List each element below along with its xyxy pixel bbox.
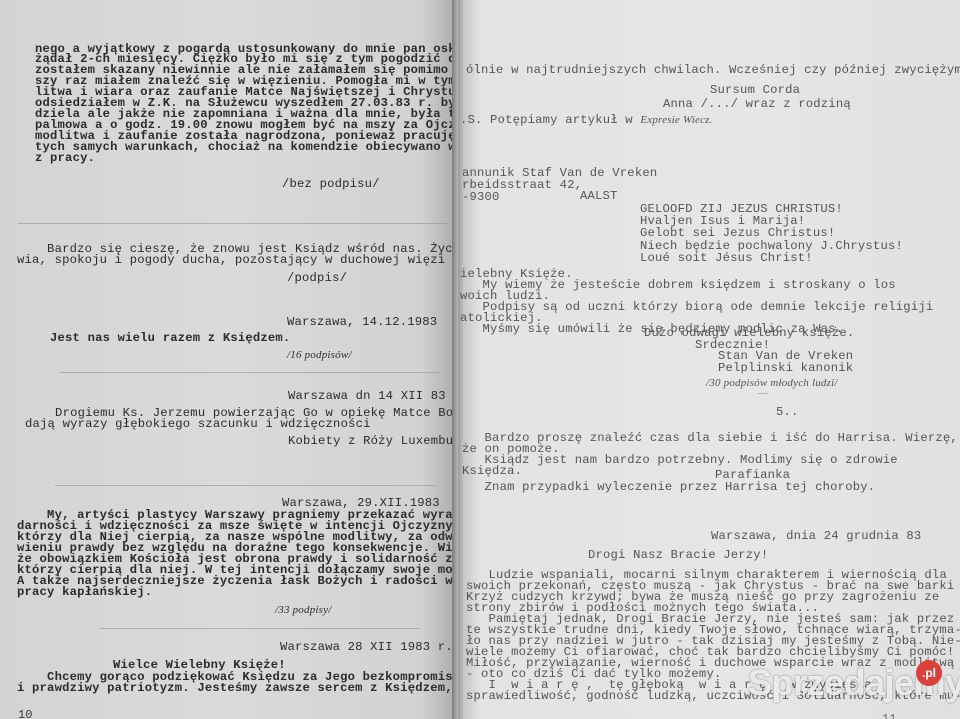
letter-8-line: Ksiądz jest nam bardzo potrzebny. Modlim… (462, 454, 898, 467)
letter-6-cont-line: ólnie w najtrudniejszych chwilach. Wcześ… (466, 64, 960, 77)
letter-1-signature: /bez podpisu/ (282, 178, 380, 191)
address-line: -9300 (462, 191, 500, 204)
letter-6-cont-signature: Anna /.../ wraz z rodziną (663, 98, 851, 111)
letter-8-line: Księdza. (462, 465, 522, 478)
divider (100, 628, 420, 629)
letter-6-line: i prawdziwy patriotyzm. Jesteśmy zawsze … (17, 682, 458, 695)
letter-9-salutation: Drogi Nasz Bracie Jerzy! (588, 549, 768, 562)
letter-1-line: z pracy. (35, 152, 95, 165)
letter-1-line: tych samych warunkach, chociaż na komend… (35, 141, 458, 154)
letter-7-closing: Pelplinski kanonik (718, 362, 853, 375)
left-page: nego a wyjątkowy z pogardą ustosunkowany… (0, 0, 458, 719)
letter-7-signature: /30 podpisów młodych ludzi/ (706, 377, 838, 390)
divider (55, 485, 435, 486)
address-city: AALST (580, 190, 618, 203)
ps-newspaper-title: Expresie Wiecz. (640, 114, 712, 126)
right-page: ólnie w najtrudniejszych chwilach. Wcześ… (458, 0, 960, 719)
divider (758, 393, 768, 394)
letter-4-line: dają wyrazy głębokiego szacunku i wdzięc… (25, 418, 371, 431)
letter-3-date: Warszawa, 14.12.1983 (287, 316, 437, 329)
letter-4-date: Warszawa dn 14 XII 83 (288, 390, 446, 403)
letter-3-signature: /16 podpisów/ (287, 349, 352, 362)
letter-6-cont-ps: .S. Potępiamy artykuł w Expresie Wiecz. (460, 114, 713, 127)
letter-2-line: wia, spokoju i pogody ducha, pozostający… (17, 254, 445, 267)
letter-9-date: Warszawa, dnia 24 grudnia 83 (711, 530, 921, 543)
divider (18, 223, 448, 224)
greeting-line: Loué soit Jésus Christ! (640, 252, 813, 265)
letter-6-cont-closing: Sursum Corda (710, 84, 800, 97)
letter-8-number: 5.. (776, 406, 799, 419)
letter-6-date: Warszawa 28 XII 1983 r. (280, 641, 453, 654)
letter-4-signature: Kobiety z Róży Luxemburg (288, 435, 458, 448)
page-number-right: 11 (882, 712, 896, 719)
letter-2-signature: /podpis/ (287, 272, 347, 285)
letter-5-signature: /33 podpisy/ (275, 604, 331, 617)
letter-8-ps: Znam przypadki wyleczenie przez Harrisa … (462, 481, 875, 494)
watermark-badge-icon: .pl (916, 660, 942, 686)
letter-3-line: Jest nas wielu razem z Księdzem. (50, 332, 290, 345)
page-number-left: 10 (18, 708, 32, 719)
divider (60, 372, 440, 373)
letter-5-line: pracy kapłańskiej. (17, 586, 152, 599)
ps-text: .S. Potępiamy artykuł w (460, 113, 640, 127)
